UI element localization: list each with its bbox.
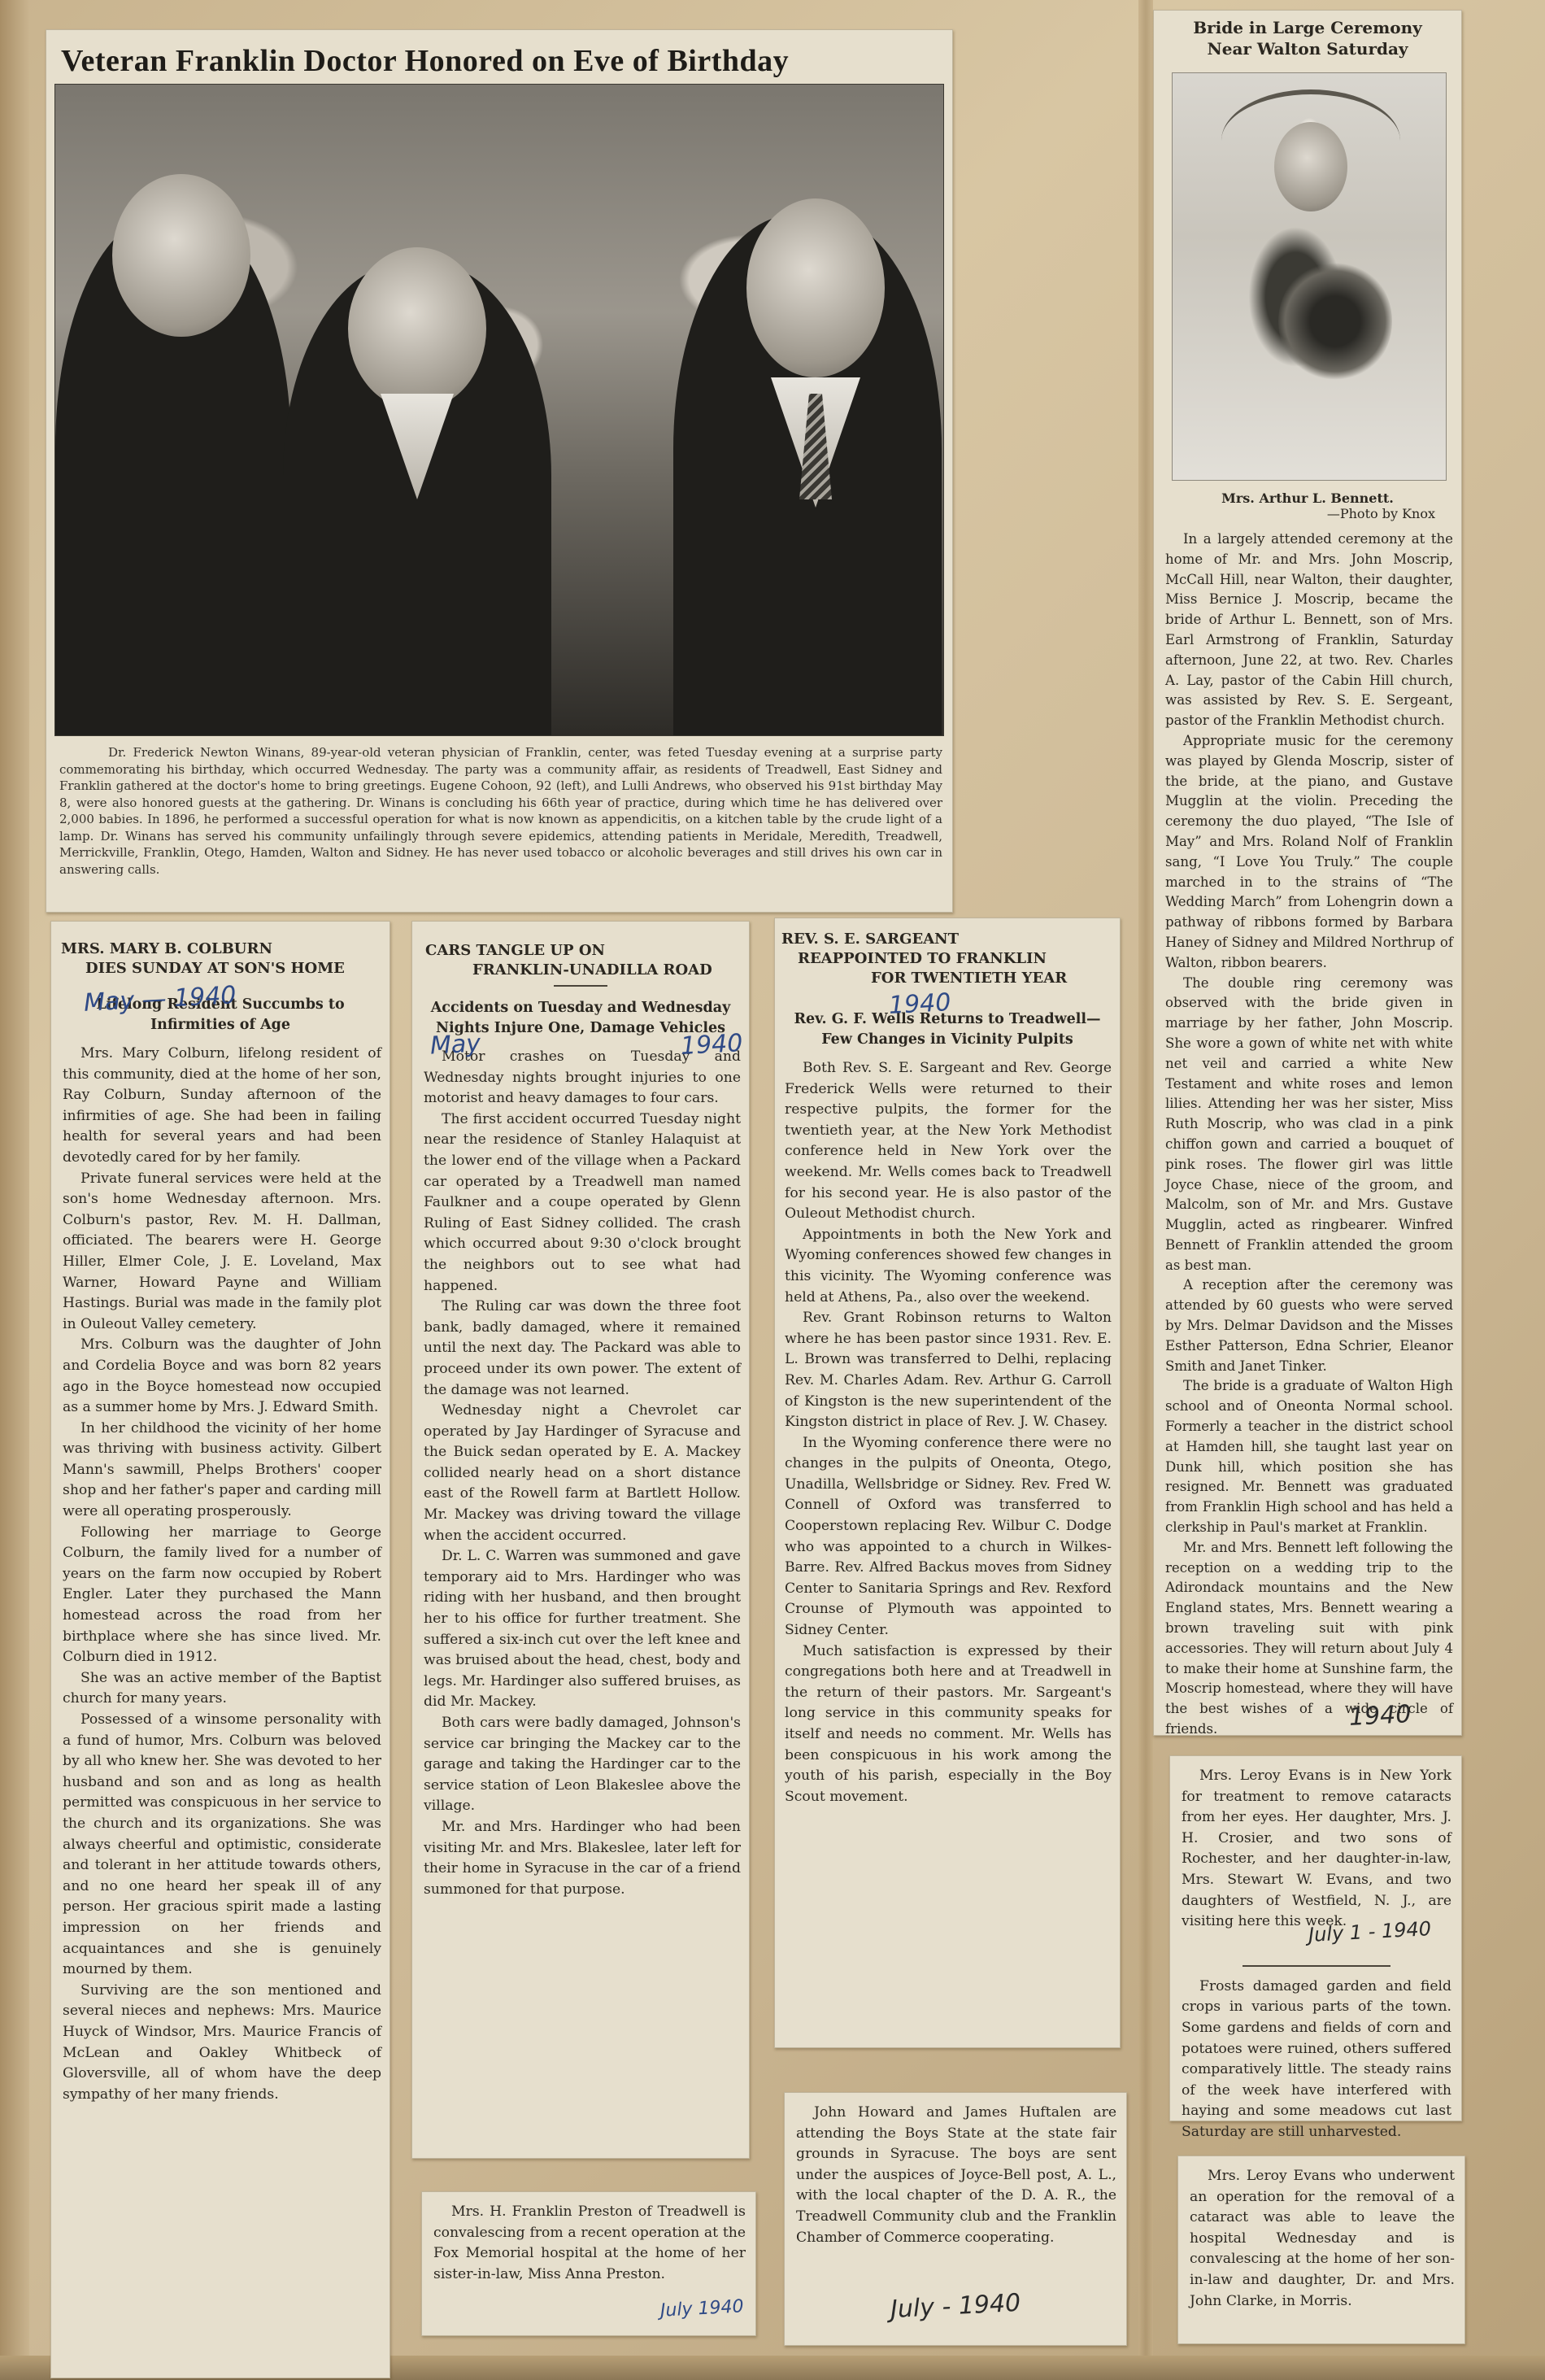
bride-article-clipping: Bride in Large Ceremony Near Walton Satu… [1153, 10, 1462, 1736]
sargeant-article-body: Both Rev. S. E. Sargeant and Rev. George… [775, 1058, 1120, 1807]
paragraph: Wednesday night a Chevrolet car operated… [424, 1401, 741, 1546]
paragraph: John Howard and James Huftalen are atten… [796, 2103, 1116, 2248]
paragraph: The bride is a graduate of Walton High s… [1165, 1376, 1453, 1537]
cars-article-body: Motor crashes on Tuesday and Wednesday n… [412, 1047, 749, 1900]
scrapbook-page-fold [1138, 0, 1153, 2380]
paragraph: The first accident occurred Tuesday nigh… [424, 1109, 741, 1297]
paragraph: Private funeral services were held at th… [63, 1169, 381, 1336]
boys-state-note-clipping: John Howard and James Huftalen are atten… [784, 2092, 1127, 2346]
doctor-article-clipping: Veteran Franklin Doctor Honored on Eve o… [46, 29, 953, 913]
cars-headline-line2: FRANKLIN-UNADILLA ROAD [425, 961, 742, 980]
bride-headline-line2: Near Walton Saturday [1157, 38, 1458, 59]
paragraph: Both Rev. S. E. Sargeant and Rev. George… [785, 1058, 1112, 1225]
handwritten-date: 1940 [1348, 1700, 1412, 1732]
paragraph: Mrs. Leroy Evans who underwent an operat… [1190, 2166, 1455, 2312]
paragraph: Following her marriage to George Colburn… [63, 1523, 381, 1668]
bride-article-body: In a largely attended ceremony at the ho… [1154, 521, 1461, 1740]
bride-bouquet [1278, 260, 1392, 382]
preston-note-clipping: Mrs. H. Franklin Preston of Treadwell is… [421, 2191, 756, 2336]
handwritten-date: July - 1940 [890, 2289, 1021, 2324]
handwritten-month: May [429, 1029, 481, 1060]
paragraph: In a largely attended ceremony at the ho… [1165, 530, 1453, 731]
cars-article-clipping: CARS TANGLE UP ON FRANKLIN-UNADILLA ROAD… [411, 921, 750, 2159]
bride-article-headline: Bride in Large Ceremony Near Walton Satu… [1154, 11, 1461, 68]
cars-headline-line1: CARS TANGLE UP ON [425, 941, 742, 961]
photo-face-center [348, 247, 486, 410]
paragraph: In the Wyoming conference there were no … [785, 1433, 1112, 1641]
caption-text: Dr. Frederick Newton Winans, 89-year-old… [59, 744, 942, 878]
paragraph: Possessed of a winsome personality with … [63, 1710, 381, 1981]
scrapbook-page-edge [0, 0, 29, 2380]
handwritten-date: 1940 [888, 988, 951, 1020]
paragraph: Much satisfaction is expressed by their … [785, 1641, 1112, 1808]
doctor-article-caption: Dr. Frederick Newton Winans, 89-year-old… [46, 736, 952, 881]
cars-headline: CARS TANGLE UP ON FRANKLIN-UNADILLA ROAD [412, 922, 749, 980]
divider [1243, 1965, 1391, 1967]
paragraph: The double ring ceremony was observed wi… [1165, 974, 1453, 1276]
paragraph: Mrs. Leroy Evans is in New York for trea… [1182, 1766, 1451, 1933]
doctor-article-photo [54, 84, 944, 736]
paragraph: Mr. and Mrs. Hardinger who had been visi… [424, 1817, 741, 1900]
colburn-headline-line2: DIES SUNDAY AT SON'S HOME [61, 959, 383, 979]
evans-note-clipping: Mrs. Leroy Evans is in New York for trea… [1169, 1755, 1462, 2121]
boys-state-note-body: John Howard and James Huftalen are atten… [785, 2093, 1126, 2248]
sargeant-headline: REV. S. E. SARGEANT REAPPOINTED TO FRANK… [775, 918, 1120, 988]
paragraph: Mrs. Colburn was the daughter of John an… [63, 1335, 381, 1418]
sargeant-headline-line3: FOR TWENTIETH YEAR [781, 969, 1113, 988]
paragraph: A reception after the ceremony was atten… [1165, 1275, 1453, 1376]
paragraph: Appropriate music for the ceremony was p… [1165, 731, 1453, 974]
preston-note-body: Mrs. H. Franklin Preston of Treadwell is… [422, 2192, 755, 2285]
colburn-headline-line1: MRS. MARY B. COLBURN [61, 939, 383, 959]
doctor-article-headline: Veteran Franklin Doctor Honored on Eve o… [46, 30, 952, 84]
paragraph: Appointments in both the New York and Wy… [785, 1225, 1112, 1308]
colburn-article-body: Mrs. Mary Colburn, lifelong resident of … [51, 1044, 390, 2105]
bride-photo-credit: —Photo by Knox [1154, 506, 1461, 521]
colburn-headline: MRS. MARY B. COLBURN DIES SUNDAY AT SON'… [51, 922, 390, 979]
paragraph: Surviving are the son mentioned and seve… [63, 1981, 381, 2106]
paragraph: In her childhood the vicinity of her hom… [63, 1419, 381, 1523]
colburn-obituary-clipping: MRS. MARY B. COLBURN DIES SUNDAY AT SON'… [50, 921, 390, 2378]
handwritten-date: July 1940 [660, 2296, 745, 2321]
sargeant-article-clipping: REV. S. E. SARGEANT REAPPOINTED TO FRANK… [774, 918, 1121, 2048]
handwritten-year: 1940 [680, 1029, 743, 1061]
photo-face-left [112, 174, 250, 337]
sargeant-headline-line1: REV. S. E. SARGEANT [781, 930, 1113, 949]
evans-operation-note-clipping: Mrs. Leroy Evans who underwent an operat… [1177, 2156, 1465, 2344]
sargeant-headline-line2: REAPPOINTED TO FRANKLIN [781, 949, 1113, 969]
paragraph: The Ruling car was down the three foot b… [424, 1297, 741, 1401]
photo-face-right [746, 198, 885, 377]
paragraph: Rev. Grant Robinson returns to Walton wh… [785, 1308, 1112, 1433]
bride-photo [1172, 72, 1447, 481]
paragraph: Mrs. Mary Colburn, lifelong resident of … [63, 1044, 381, 1169]
evans-operation-note-body: Mrs. Leroy Evans who underwent an operat… [1178, 2156, 1464, 2312]
paragraph: She was an active member of the Baptist … [63, 1668, 381, 1710]
paragraph: Frosts damaged garden and field crops in… [1182, 1977, 1451, 2143]
paragraph: Both cars were badly damaged, Johnson's … [424, 1713, 741, 1817]
evans-note-body: Mrs. Leroy Evans is in New York for trea… [1170, 1756, 1461, 2143]
paragraph: Dr. L. C. Warren was summoned and gave t… [424, 1546, 741, 1713]
bride-photo-caption: Mrs. Arthur L. Bennett. [1154, 490, 1461, 506]
paragraph: Mrs. H. Franklin Preston of Treadwell is… [433, 2202, 746, 2285]
bride-headline-line1: Bride in Large Ceremony [1157, 17, 1458, 38]
bride-face [1274, 122, 1347, 211]
headline-rule [554, 985, 607, 987]
